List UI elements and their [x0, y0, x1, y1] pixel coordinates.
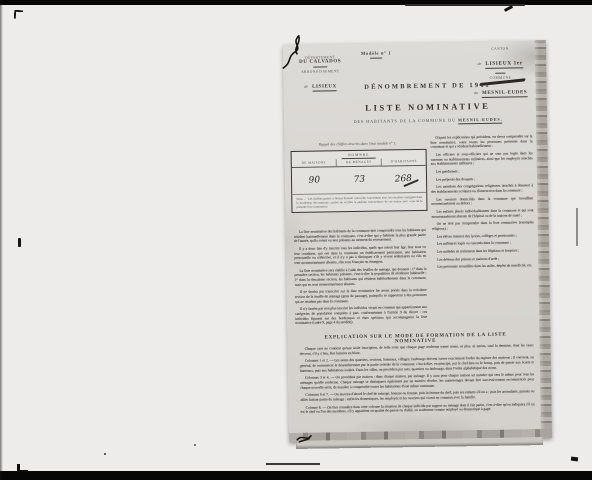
- recap-values-row: 90 73 268: [292, 166, 426, 194]
- canton-prefix: de: [477, 61, 481, 66]
- paragraph: Les gendarmes ;: [431, 168, 533, 174]
- dust-speck: [104, 453, 106, 455]
- paragraph: La liste nominative sera établie à l'aid…: [294, 267, 426, 288]
- scanner-bed-bottom-bar: [0, 471, 592, 480]
- commune-prefix: du: [474, 90, 478, 95]
- subtitle-commune: MESNIL-EUDES.: [458, 117, 503, 124]
- paragraph: Les officiers et sous-officiers qui ne s…: [431, 151, 533, 167]
- recap-group-header: NOMBRE: [292, 150, 426, 158]
- paragraph: Il n'y faudra pas non plus inscrire les …: [295, 305, 427, 326]
- col-habitants: D'HABITANTS: [381, 158, 426, 166]
- value-habitants: 268: [381, 173, 426, 185]
- model-number-block: Modèle n° 1: [343, 50, 409, 60]
- right-instructions-column: D'après les explications qui précèdent, …: [430, 134, 534, 273]
- top-right-stray-mark: [504, 5, 513, 12]
- value-menages: 73: [336, 174, 381, 186]
- department-value: DU CALVADOS: [293, 59, 347, 65]
- paragraph: Colonnes 3 et 4. — On procédera par mais…: [300, 373, 534, 391]
- paragraph: Il ne faudra pas transcrire sur la liste…: [295, 288, 427, 304]
- model-number: Modèle n° 1: [343, 50, 409, 56]
- paragraph: Les personnes recueillies dans les asile…: [432, 264, 534, 270]
- recap-table: NOMBRE DE MAISONS DE MÉNAGES D'HABITANTS…: [291, 149, 428, 213]
- page-subtitle: DES HABITANTS DE LA COMMUNE DU MESNIL-EU…: [314, 116, 542, 125]
- document-scan-page: DÉPARTEMENT DU CALVADOS ARRONDISSEMENT d…: [283, 40, 552, 442]
- corner-crop-mark-icon: [14, 10, 23, 19]
- canton-commune-block: CANTON de LISIEUX 1er COMMUNE du MESNIL-…: [469, 46, 532, 99]
- subtitle-prefix: DES HABITANTS DE LA COMMUNE DU: [354, 117, 456, 124]
- paragraph: Colonne 8. — On fera connaître dans cett…: [301, 402, 535, 415]
- right-edge-line-mark: [576, 208, 578, 246]
- paragraph: Les enfants placés individuellement dans…: [432, 208, 534, 219]
- paragraph: Colonnes 1 et 2. — Les noms des quartier…: [300, 356, 534, 374]
- bottom-right-stray-mark: [571, 457, 578, 462]
- scanned-archive-page: DÉPARTEMENT DU CALVADOS ARRONDISSEMENT d…: [0, 0, 592, 480]
- paragraph: Les membres des congrégations religieuse…: [431, 184, 533, 195]
- arrondissement-label: ARRONDISSEMENT: [293, 69, 347, 74]
- paragraph: On ne doit pas comprendre dans la liste …: [432, 221, 534, 232]
- explanation-body: Chaque case ne contient qu'une seule ins…: [300, 343, 535, 418]
- paragraph: Les militaires logés ou casernés dans la…: [432, 241, 534, 247]
- paragraph: Les malades en traitement dans les hôpit…: [432, 248, 534, 254]
- thread-end-mark-icon: [295, 430, 317, 444]
- col-menages: DE MÉNAGES: [336, 158, 381, 166]
- col-maisons: DE MAISONS: [292, 159, 336, 167]
- paragraph: Les préposés des douanes ;: [431, 176, 533, 182]
- recap-caption: Rappel des chiffres inscrits dans l'état…: [290, 141, 424, 147]
- paragraph: Les ouvriers domiciliés dans la commune …: [431, 196, 533, 207]
- recap-note: Nota. — Les chiffres portés ci-dessus do…: [292, 192, 426, 213]
- paragraph: Les élèves internes des lycées, collèges…: [432, 233, 534, 239]
- paragraph: D'après les explications qui précèdent, …: [430, 134, 532, 150]
- scan-left-edge-shadow: [0, 0, 3, 480]
- scanner-bed-top-bar: [0, 0, 592, 5]
- paragraph: Il y a donc lieu d'y inscrire tous les i…: [294, 245, 426, 266]
- paragraph: Les détenus des prisons et maisons d'arr…: [432, 256, 534, 262]
- paragraph: La liste nominative des habitants de la …: [294, 228, 426, 244]
- paragraph: Colonnes 6 et 7. — On inscrira d'abord l…: [300, 390, 534, 403]
- canton-value: LISIEUX 1er: [485, 60, 523, 68]
- page-title: LISTE NOMINATIVE: [314, 100, 542, 114]
- commune-value: MESNIL-EUDES: [482, 90, 527, 97]
- left-edge-tick-mark: [18, 238, 21, 247]
- arrondissement-prefix: de: [304, 84, 308, 89]
- left-instructions-column: La liste nominative des habitants de la …: [294, 228, 428, 329]
- dust-speck: [194, 444, 196, 446]
- value-maisons: 90: [292, 174, 337, 186]
- bottom-rule-mark: [266, 463, 320, 465]
- bottom-left-corner-mark: [17, 464, 28, 472]
